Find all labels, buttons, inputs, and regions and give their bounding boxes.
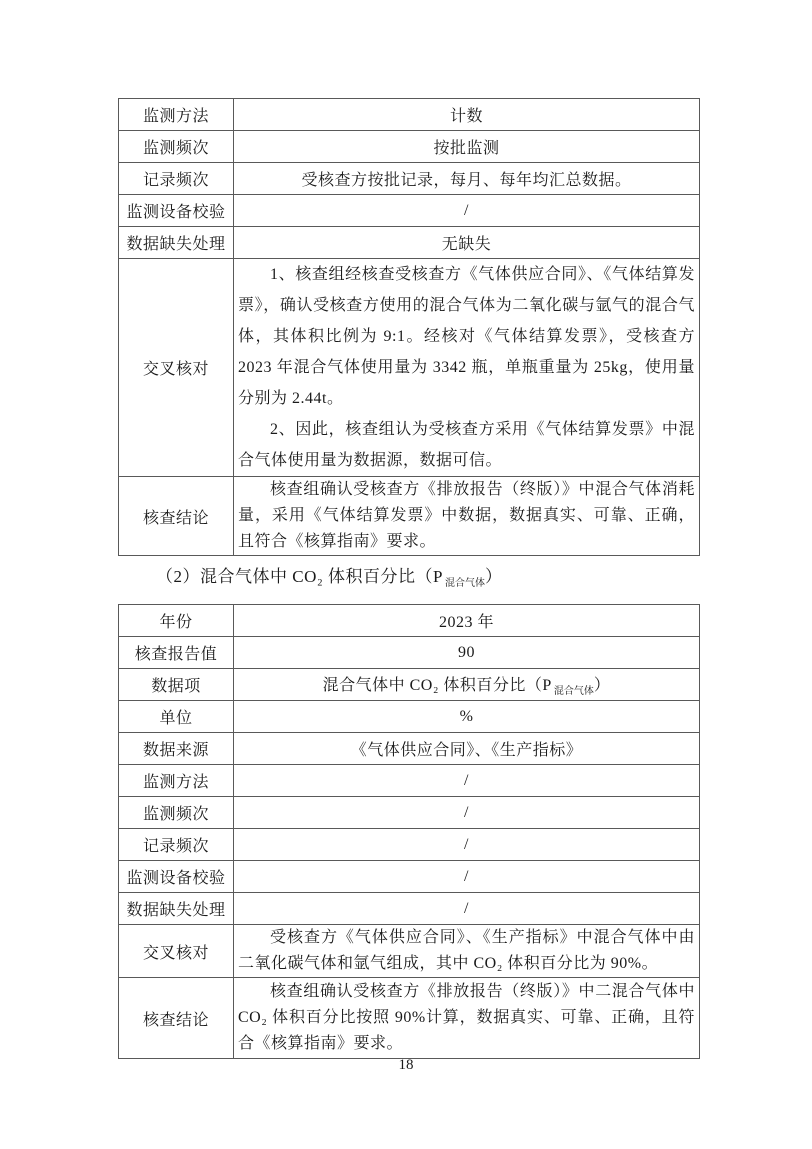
cross-check-paragraph: 受核查方《气体供应合同》、《生产指标》中混合气体中由二氧化碳气体和氩气组成，其中… — [238, 925, 695, 977]
row-label: 监测方法 — [119, 765, 234, 797]
row-label: 数据缺失处理 — [119, 893, 234, 925]
document-page: 监测方法 计数 监测频次 按批监测 记录频次 受核查方按批记录，每月、每年均汇总… — [0, 0, 812, 1149]
row-label: 监测设备校验 — [119, 195, 234, 227]
row-value: / — [234, 829, 700, 861]
table-row: 交叉核对 1、核查组经核查受核查方《气体供应合同》、《气体结算发票》，确认受核查… — [119, 259, 700, 477]
table-row: 核查结论 核查组确认受核查方《排放报告（终版）》中混合气体消耗量，采用《气体结算… — [119, 477, 700, 556]
row-label: 年份 — [119, 605, 234, 637]
row-label: 记录频次 — [119, 829, 234, 861]
row-value: / — [234, 861, 700, 893]
conclusion-paragraph: 核查组确认受核查方《排放报告（终版）》中二混合气体中 CO₂ 体积百分比按照 9… — [238, 979, 695, 1057]
row-value: 90 — [234, 637, 700, 669]
row-label: 记录频次 — [119, 163, 234, 195]
row-value: % — [234, 701, 700, 733]
row-value: 受核查方按批记录，每月、每年均汇总数据。 — [234, 163, 700, 195]
page-content: 监测方法 计数 监测频次 按批监测 记录频次 受核查方按批记录，每月、每年均汇总… — [118, 98, 699, 1059]
table-row: 单位 % — [119, 701, 700, 733]
section-heading-subscript: 混合气体 — [445, 578, 485, 589]
data-item-value: 混合气体中 CO₂ 体积百分比（P混合气体） — [234, 669, 700, 701]
table-row: 数据缺失处理 / — [119, 893, 700, 925]
row-value: 核查组确认受核查方《排放报告（终版）》中混合气体消耗量，采用《气体结算发票》中数… — [234, 477, 700, 556]
row-value: 《气体供应合同》、《生产指标》 — [234, 733, 700, 765]
table-row: 监测设备校验 / — [119, 861, 700, 893]
table-row: 数据项 混合气体中 CO₂ 体积百分比（P混合气体） — [119, 669, 700, 701]
row-value: 2023 年 — [234, 605, 700, 637]
row-value: / — [234, 195, 700, 227]
row-label: 监测设备校验 — [119, 861, 234, 893]
gas-consumption-monitoring-table: 监测方法 计数 监测频次 按批监测 记录频次 受核查方按批记录，每月、每年均汇总… — [118, 98, 700, 556]
table-row: 监测频次 / — [119, 797, 700, 829]
row-label: 核查结论 — [119, 978, 234, 1059]
table-row: 监测设备校验 / — [119, 195, 700, 227]
cross-check-paragraph-2: 2、因此，核查组认为受核查方采用《气体结算发票》中混合气体使用量为数据源，数据可… — [238, 414, 695, 476]
section-heading-text: （2）混合气体中 CO₂ 体积百分比（P — [156, 567, 443, 586]
table-row: 核查报告值 90 — [119, 637, 700, 669]
table-row: 记录频次 受核查方按批记录，每月、每年均汇总数据。 — [119, 163, 700, 195]
table-row: 年份 2023 年 — [119, 605, 700, 637]
table-row: 监测方法 / — [119, 765, 700, 797]
table-row: 核查结论 核查组确认受核查方《排放报告（终版）》中二混合气体中 CO₂ 体积百分… — [119, 978, 700, 1059]
table-row: 监测方法 计数 — [119, 99, 700, 131]
row-value: / — [234, 797, 700, 829]
row-label: 交叉核对 — [119, 259, 234, 477]
table-row: 数据来源 《气体供应合同》、《生产指标》 — [119, 733, 700, 765]
table-row: 记录频次 / — [119, 829, 700, 861]
row-label: 核查结论 — [119, 477, 234, 556]
row-value: 计数 — [234, 99, 700, 131]
row-label: 监测频次 — [119, 797, 234, 829]
row-label: 数据缺失处理 — [119, 227, 234, 259]
row-value: 1、核查组经核查受核查方《气体供应合同》、《气体结算发票》，确认受核查方使用的混… — [234, 259, 700, 477]
table-row: 监测频次 按批监测 — [119, 131, 700, 163]
data-item-text: 混合气体中 CO₂ 体积百分比（P — [323, 677, 552, 694]
section-heading-suffix: ） — [485, 567, 503, 586]
row-label: 监测频次 — [119, 131, 234, 163]
conclusion-paragraph: 核查组确认受核查方《排放报告（终版）》中混合气体消耗量，采用《气体结算发票》中数… — [238, 477, 695, 555]
table-row: 交叉核对 受核查方《气体供应合同》、《生产指标》中混合气体中由二氧化碳气体和氩气… — [119, 925, 700, 978]
section-heading: （2）混合气体中 CO₂ 体积百分比（P混合气体） — [118, 565, 699, 595]
row-value: 核查组确认受核查方《排放报告（终版）》中二混合气体中 CO₂ 体积百分比按照 9… — [234, 978, 700, 1059]
row-label: 单位 — [119, 701, 234, 733]
row-value: / — [234, 765, 700, 797]
row-value: 受核查方《气体供应合同》、《生产指标》中混合气体中由二氧化碳气体和氩气组成，其中… — [234, 925, 700, 978]
row-label: 交叉核对 — [119, 925, 234, 978]
table-row: 数据缺失处理 无缺失 — [119, 227, 700, 259]
row-label: 数据项 — [119, 669, 234, 701]
row-value: 按批监测 — [234, 131, 700, 163]
row-label: 监测方法 — [119, 99, 234, 131]
row-value: 无缺失 — [234, 227, 700, 259]
co2-volume-percentage-table: 年份 2023 年 核查报告值 90 数据项 混合气体中 CO₂ 体积百分比（P… — [118, 604, 700, 1059]
data-item-suffix: ） — [594, 677, 611, 694]
page-number: 18 — [0, 1057, 812, 1074]
data-item-subscript: 混合气体 — [554, 686, 594, 697]
row-label: 数据来源 — [119, 733, 234, 765]
row-value: / — [234, 893, 700, 925]
cross-check-paragraph-1: 1、核查组经核查受核查方《气体供应合同》、《气体结算发票》，确认受核查方使用的混… — [238, 259, 695, 414]
row-label: 核查报告值 — [119, 637, 234, 669]
